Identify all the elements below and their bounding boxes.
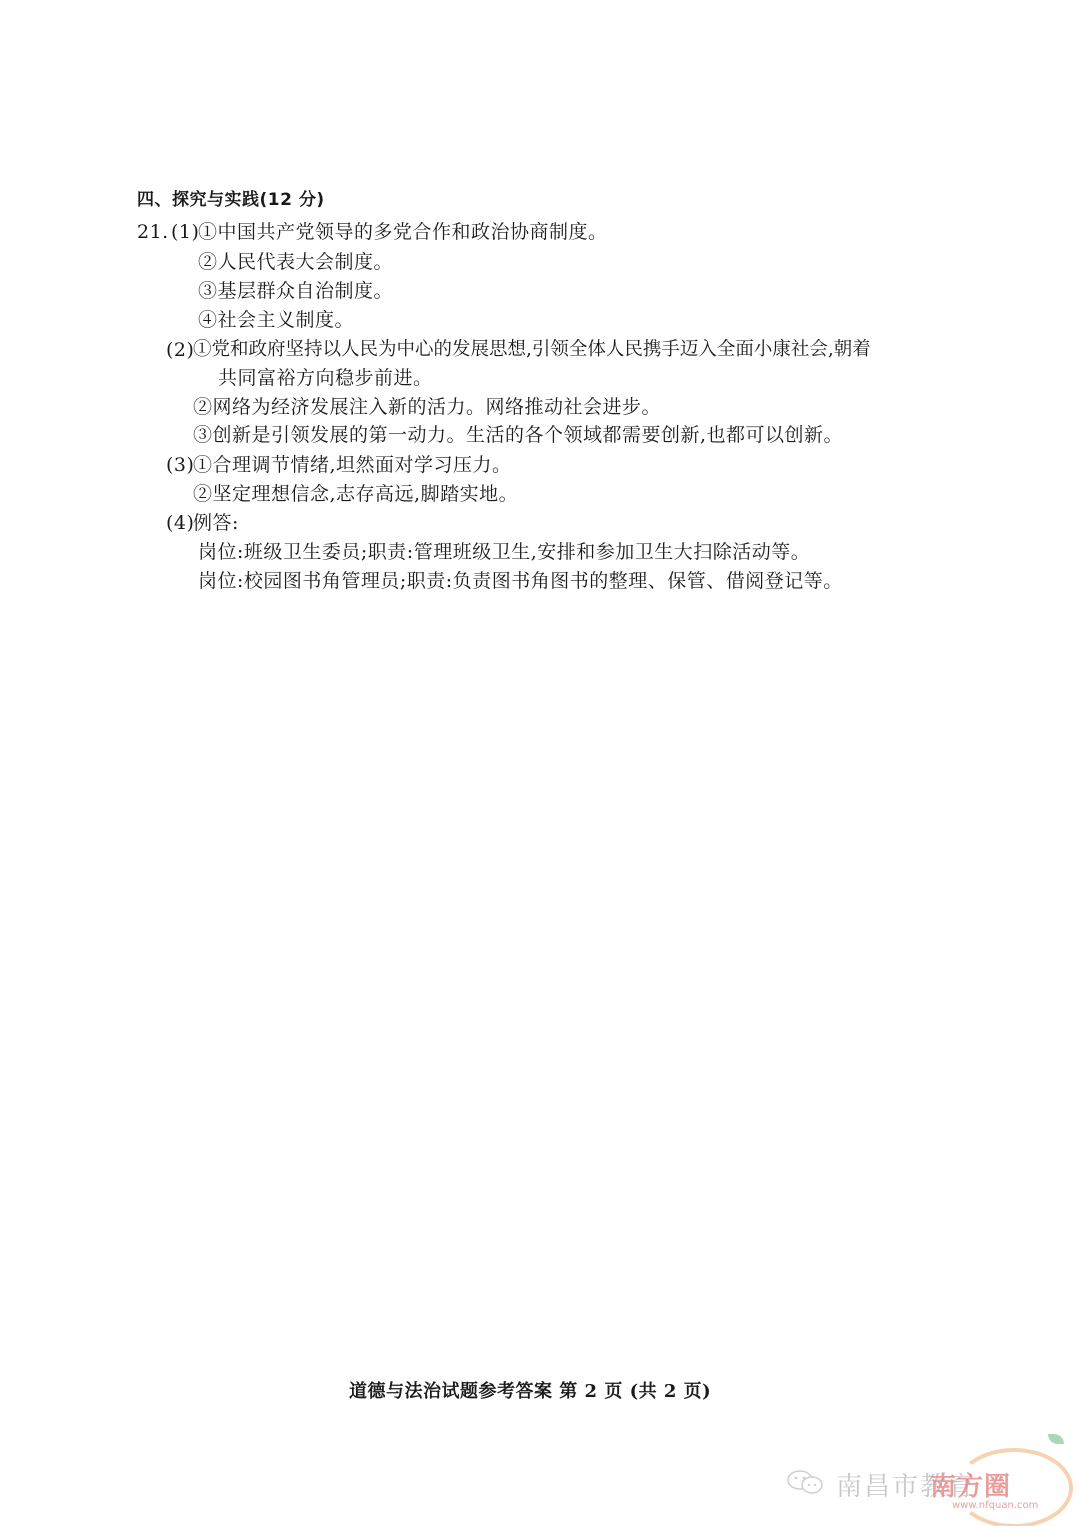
part-1-line-2: ②人民代表大会制度。 xyxy=(198,248,393,276)
question-number: 21. xyxy=(137,218,169,246)
part-1-line-4: ④社会主义制度。 xyxy=(198,306,354,334)
section-heading: 四、探究与实践(12 分) xyxy=(137,186,325,214)
watermark: 南昌市教育 南方圈 www.nfquan.com xyxy=(780,1420,1080,1526)
part-2-line-2: 共同富裕方向稳步前进。 xyxy=(218,364,433,392)
watermark-brand: 南方圈 xyxy=(930,1466,1011,1503)
part-3-line-2: ②坚定理想信念,志存高远,脚踏实地。 xyxy=(193,480,518,508)
part-4-line-3: 岗位:校园图书角管理员;职责:负责图书角图书的整理、保管、借阅登记等。 xyxy=(198,567,843,595)
part-2-label: (2) xyxy=(166,336,194,364)
watermark-url: www.nfquan.com xyxy=(952,1500,1038,1511)
part-1-line-1: ①中国共产党领导的多党合作和政治协商制度。 xyxy=(198,218,608,246)
part-1-line-3: ③基层群众自治制度。 xyxy=(198,277,393,305)
part-1-label: (1) xyxy=(171,218,199,246)
leaf-icon xyxy=(1048,1434,1064,1444)
part-4-label: (4) xyxy=(166,509,194,537)
part-3-label: (3) xyxy=(166,451,194,479)
part-2-line-3: ②网络为经济发展注入新的活力。网络推动社会进步。 xyxy=(193,393,661,421)
page-footer: 道德与法治试题参考答案 第 2 页 (共 2 页) xyxy=(349,1377,711,1403)
part-3-line-1: ①合理调节情绪,坦然面对学习压力。 xyxy=(193,451,512,479)
part-4-line-1: 例答: xyxy=(193,509,239,537)
part-2-line-1: ①党和政府坚持以人民为中心的发展思想,引领全体人民携手迈入全面小康社会,朝着 xyxy=(193,336,871,364)
wechat-icon xyxy=(786,1468,826,1496)
part-4-line-2: 岗位:班级卫生委员;职责:管理班级卫生,安排和参加卫生大扫除活动等。 xyxy=(198,538,810,566)
part-2-line-4: ③创新是引领发展的第一动力。生活的各个领域都需要创新,也都可以创新。 xyxy=(193,421,843,449)
